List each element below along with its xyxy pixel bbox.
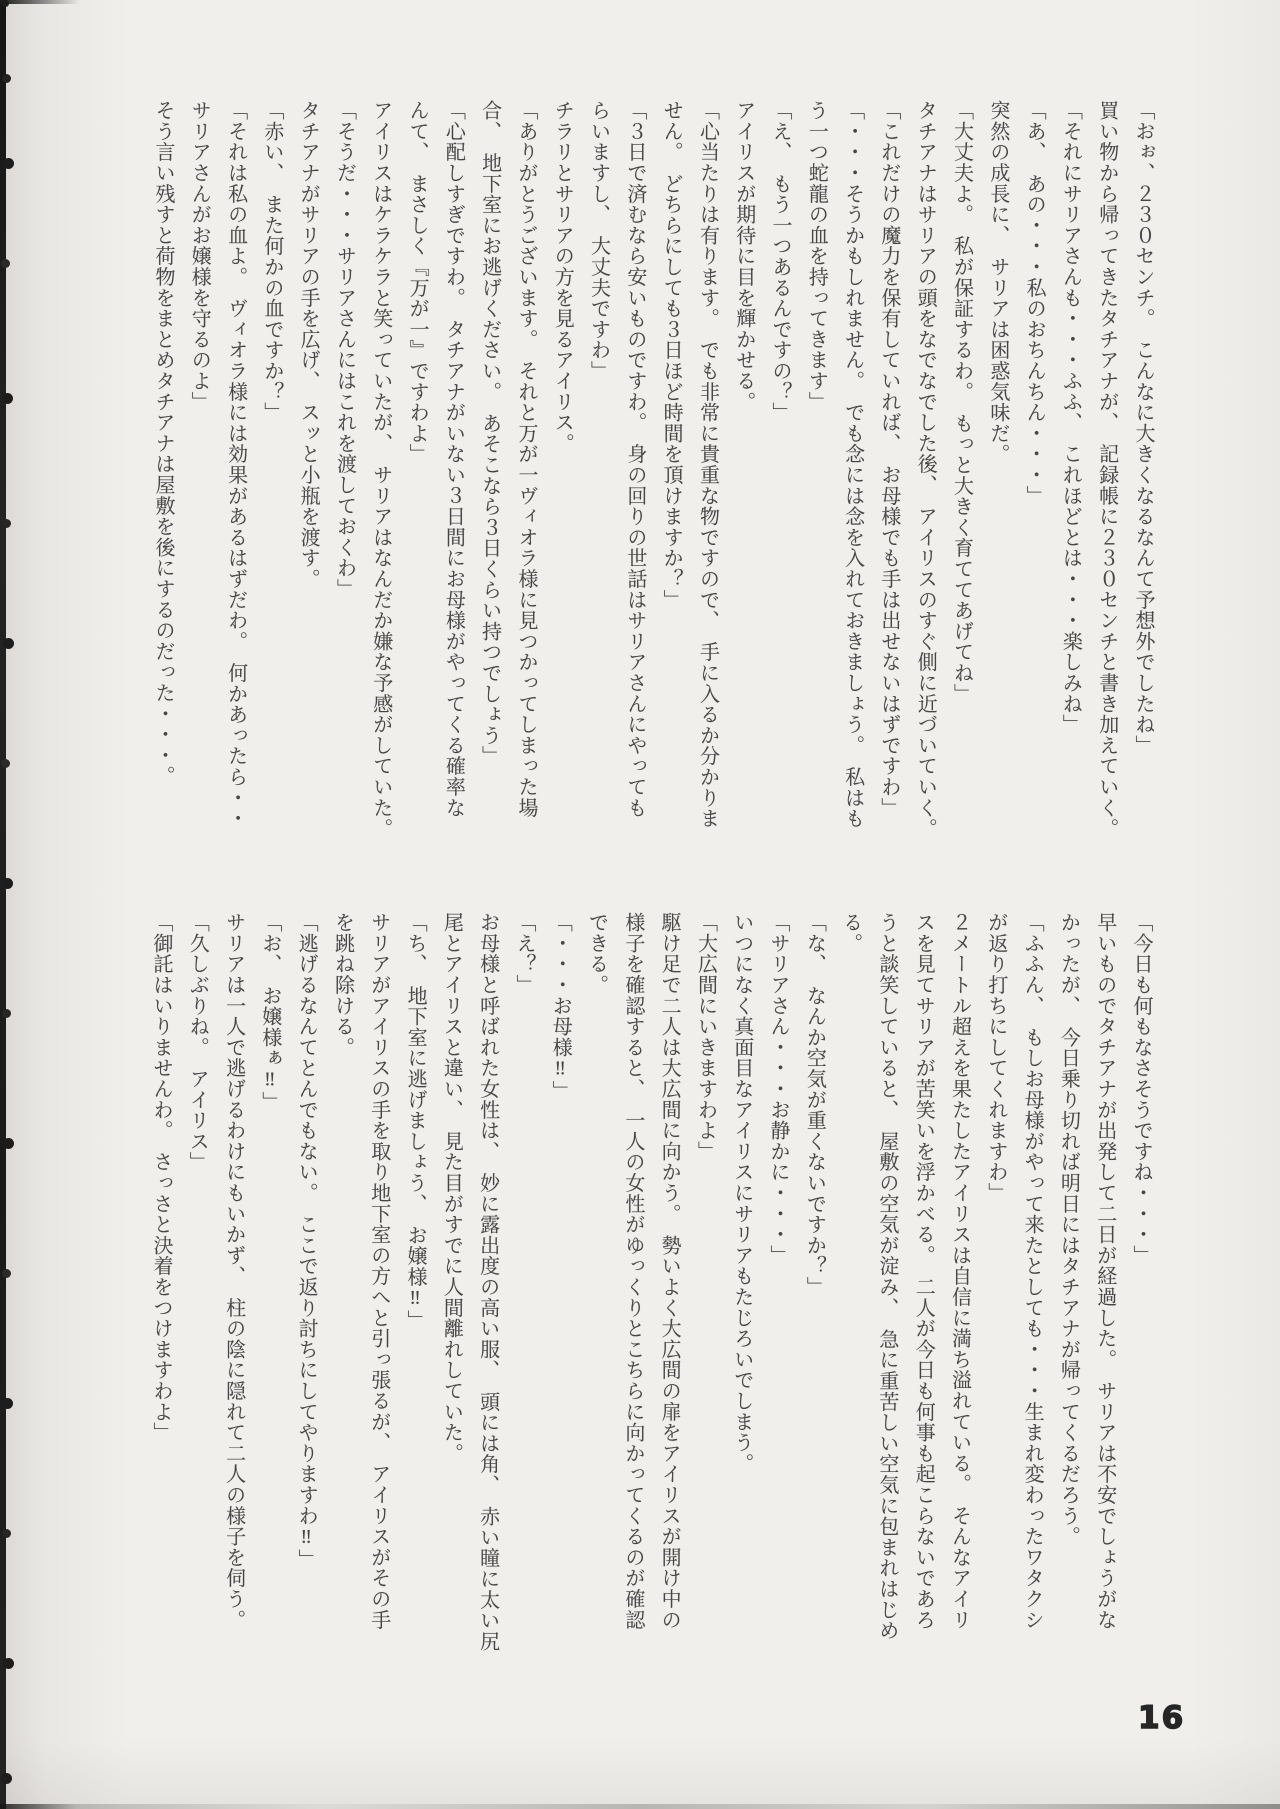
text-column: 買い物から帰ってきたタチアナが、 記録帳に２３０センチと書き加えていく。	[1088, 100, 1124, 908]
text-column: 様子を確認すると、 一人の女性がゆっくりとこちらに向かってくるのが確認	[615, 912, 651, 1720]
text-column: 「大広間にいきますわよ」	[687, 912, 723, 1720]
text-column: 「大丈夫よ。 私が保証するわ。 もっと大きく育ててあげてね」	[943, 100, 979, 908]
text-column: そう言い残すと荷物をまとめタチアナは屋敷を後にするのだった・・・。	[145, 100, 181, 908]
text-column: 「久しぶりね。 アイリス」	[179, 912, 215, 1720]
text-column: 「御託はいりませんわ。 さっさと決着をつけますわよ」	[143, 912, 179, 1720]
text-column: う一つ蛇龍の血を持ってきます」	[798, 100, 834, 908]
text-column: タチアナはサリアの頭をなでなでした後、 アイリスのすぐ側に近づいていく。	[907, 100, 943, 908]
text-column: チラリとサリアの方を見るアイリス。	[544, 100, 580, 908]
text-column: いつになく真面目なアイリスにサリアもたじろいでしまう。	[723, 912, 759, 1720]
text-column: サリアさんがお嬢様を守るのよ」	[181, 100, 217, 908]
text-column: 「赤い、 また何かの血ですか？」	[254, 100, 290, 908]
text-block-bottom: 「今日も何もなさそうですね・・・」 早いものでタチアナが出発して二日が経過した。…	[143, 912, 1159, 1720]
text-column: 「な、 なんか空気が重くないですか？」	[796, 912, 832, 1720]
text-column: を跳ね除ける。	[324, 912, 360, 1720]
text-column: サリアは一人で逃げるわけにもいかず、 柱の陰に隠れて二人の様子を伺う。	[215, 912, 251, 1720]
text-column: アイリスはケラケラと笑っていたが、 サリアはなんだか嫌な予感がしていた。	[362, 100, 398, 908]
text-column: 「え？」	[506, 912, 542, 1720]
text-column: かったが、 今日乗り切れば明日にはタチアナが帰ってくるだろう。	[1050, 912, 1086, 1720]
text-column: 突然の成長に、 サリアは困惑気味だ。	[980, 100, 1016, 908]
text-column: 「ありがとうございます。 それと万が一ヴィオラ様に見つかってしまった場	[508, 100, 544, 908]
text-column: 「それにサリアさんも・・・ふふ、 これほどとは・・・楽しみね」	[1052, 100, 1088, 908]
text-column: 「これだけの魔力を保有していれば、 お母様でも手は出せないはずですわ」	[871, 100, 907, 908]
text-column: 「逃げるなんてとんでもない。 ここで返り討ちにしてやりますわ‼」	[288, 912, 324, 1720]
text-column: が返り打ちにしてくれますわ」	[978, 912, 1014, 1720]
text-column: せん。 どちらにしても３日ほど時間を頂けますか？」	[653, 100, 689, 908]
text-column: 「そうだ・・・サリアさんにはこれを渡しておくわ」	[326, 100, 362, 908]
text-column: んて、 まさしく『万が一』ですわよ」	[399, 100, 435, 908]
text-column: スを見てサリアが苦笑いを浮かべる。 二人が今日も何事も起こらないであろ	[905, 912, 941, 1720]
text-column: 「３日で済むなら安いものですわ。 身の回りの世話はサリアさんにやっても	[617, 100, 653, 908]
scan-edge-bottom-artifact	[0, 1804, 1280, 1809]
text-column: お母様と呼ばれた女性は、 妙に露出度の高い服、 頭には角、 赤い瞳に太い尻	[469, 912, 505, 1720]
scan-edge-top-artifact	[0, 0, 80, 4]
text-column: 「え、 もう一つあるんですの？」	[762, 100, 798, 908]
page-number: 16	[1138, 1700, 1185, 1736]
text-column: 「サリアさん・・・お静かに・・・」	[760, 912, 796, 1720]
text-column: 「今日も何もなさそうですね・・・」	[1123, 912, 1159, 1720]
scanned-novel-page: 「おぉ、２３０センチ。 こんなに大きくなるなんて予想外でしたね」 買い物から帰っ…	[0, 0, 1280, 1809]
text-column: 駆け足で二人は大広間に向かう。 勢いよく大広間の扉をアイリスが開け中の	[651, 912, 687, 1720]
text-column: 「それは私の血よ。 ヴィオラ様には効果があるはずだわ。 何かあったら・・	[217, 100, 253, 908]
text-column: 「おぉ、２３０センチ。 こんなに大きくなるなんて予想外でしたね」	[1125, 100, 1161, 908]
text-column: ２メートル超えを果たしたアイリスは自信に満ち溢れている。 そんなアイリ	[941, 912, 977, 1720]
text-block-top: 「おぉ、２３０センチ。 こんなに大きくなるなんて予想外でしたね」 買い物から帰っ…	[145, 100, 1161, 908]
text-column: 「心当たりは有ります。 でも非常に貴重な物ですので、 手に入るか分かりま	[689, 100, 725, 908]
text-column: らいますし、 大丈夫ですわ」	[580, 100, 616, 908]
text-column: 「ふふん、 もしお母様がやって来たとしても・・・生まれ変わったワタクシ	[1014, 912, 1050, 1720]
text-column: る。	[832, 912, 868, 1720]
text-column: タチアナがサリアの手を広げ、 スッと小瓶を渡す。	[290, 100, 326, 908]
text-column: アイリスが期待に目を輝かせる。	[725, 100, 761, 908]
text-column: 「・・・お母様‼」	[542, 912, 578, 1720]
scan-edge-left-artifact	[0, 0, 6, 1809]
text-column: うと談笑していると、 屋敷の空気が淀み、 急に重苦しい空気に包まれはじめ	[869, 912, 905, 1720]
text-column: 「お、 お嬢様ぁ‼」	[252, 912, 288, 1720]
text-column: サリアがアイリスの手を取り地下室の方へと引っ張るが、 アイリスがその手	[360, 912, 396, 1720]
text-column: 「・・・そうかもしれません。 でも念には念を入れておきましょう。 私はも	[834, 100, 870, 908]
text-column: 合、 地下室にお逃げください。 あそこなら３日くらい持つでしょう」	[471, 100, 507, 908]
text-column: 尾とアイリスと違い、 見た目がすでに人間離れしていた。	[433, 912, 469, 1720]
text-column: 「あ、 あの・・・私のおちんちん・・・」	[1016, 100, 1052, 908]
text-column: 早いものでタチアナが出発して二日が経過した。 サリアは不安でしょうがな	[1086, 912, 1122, 1720]
text-column: 「ち、 地下室に逃げましょう、 お嬢様‼」	[397, 912, 433, 1720]
text-column: できる。	[578, 912, 614, 1720]
text-column: 「心配しすぎですわ。 タチアナがいない３日間にお母様がやってくる確率な	[435, 100, 471, 908]
